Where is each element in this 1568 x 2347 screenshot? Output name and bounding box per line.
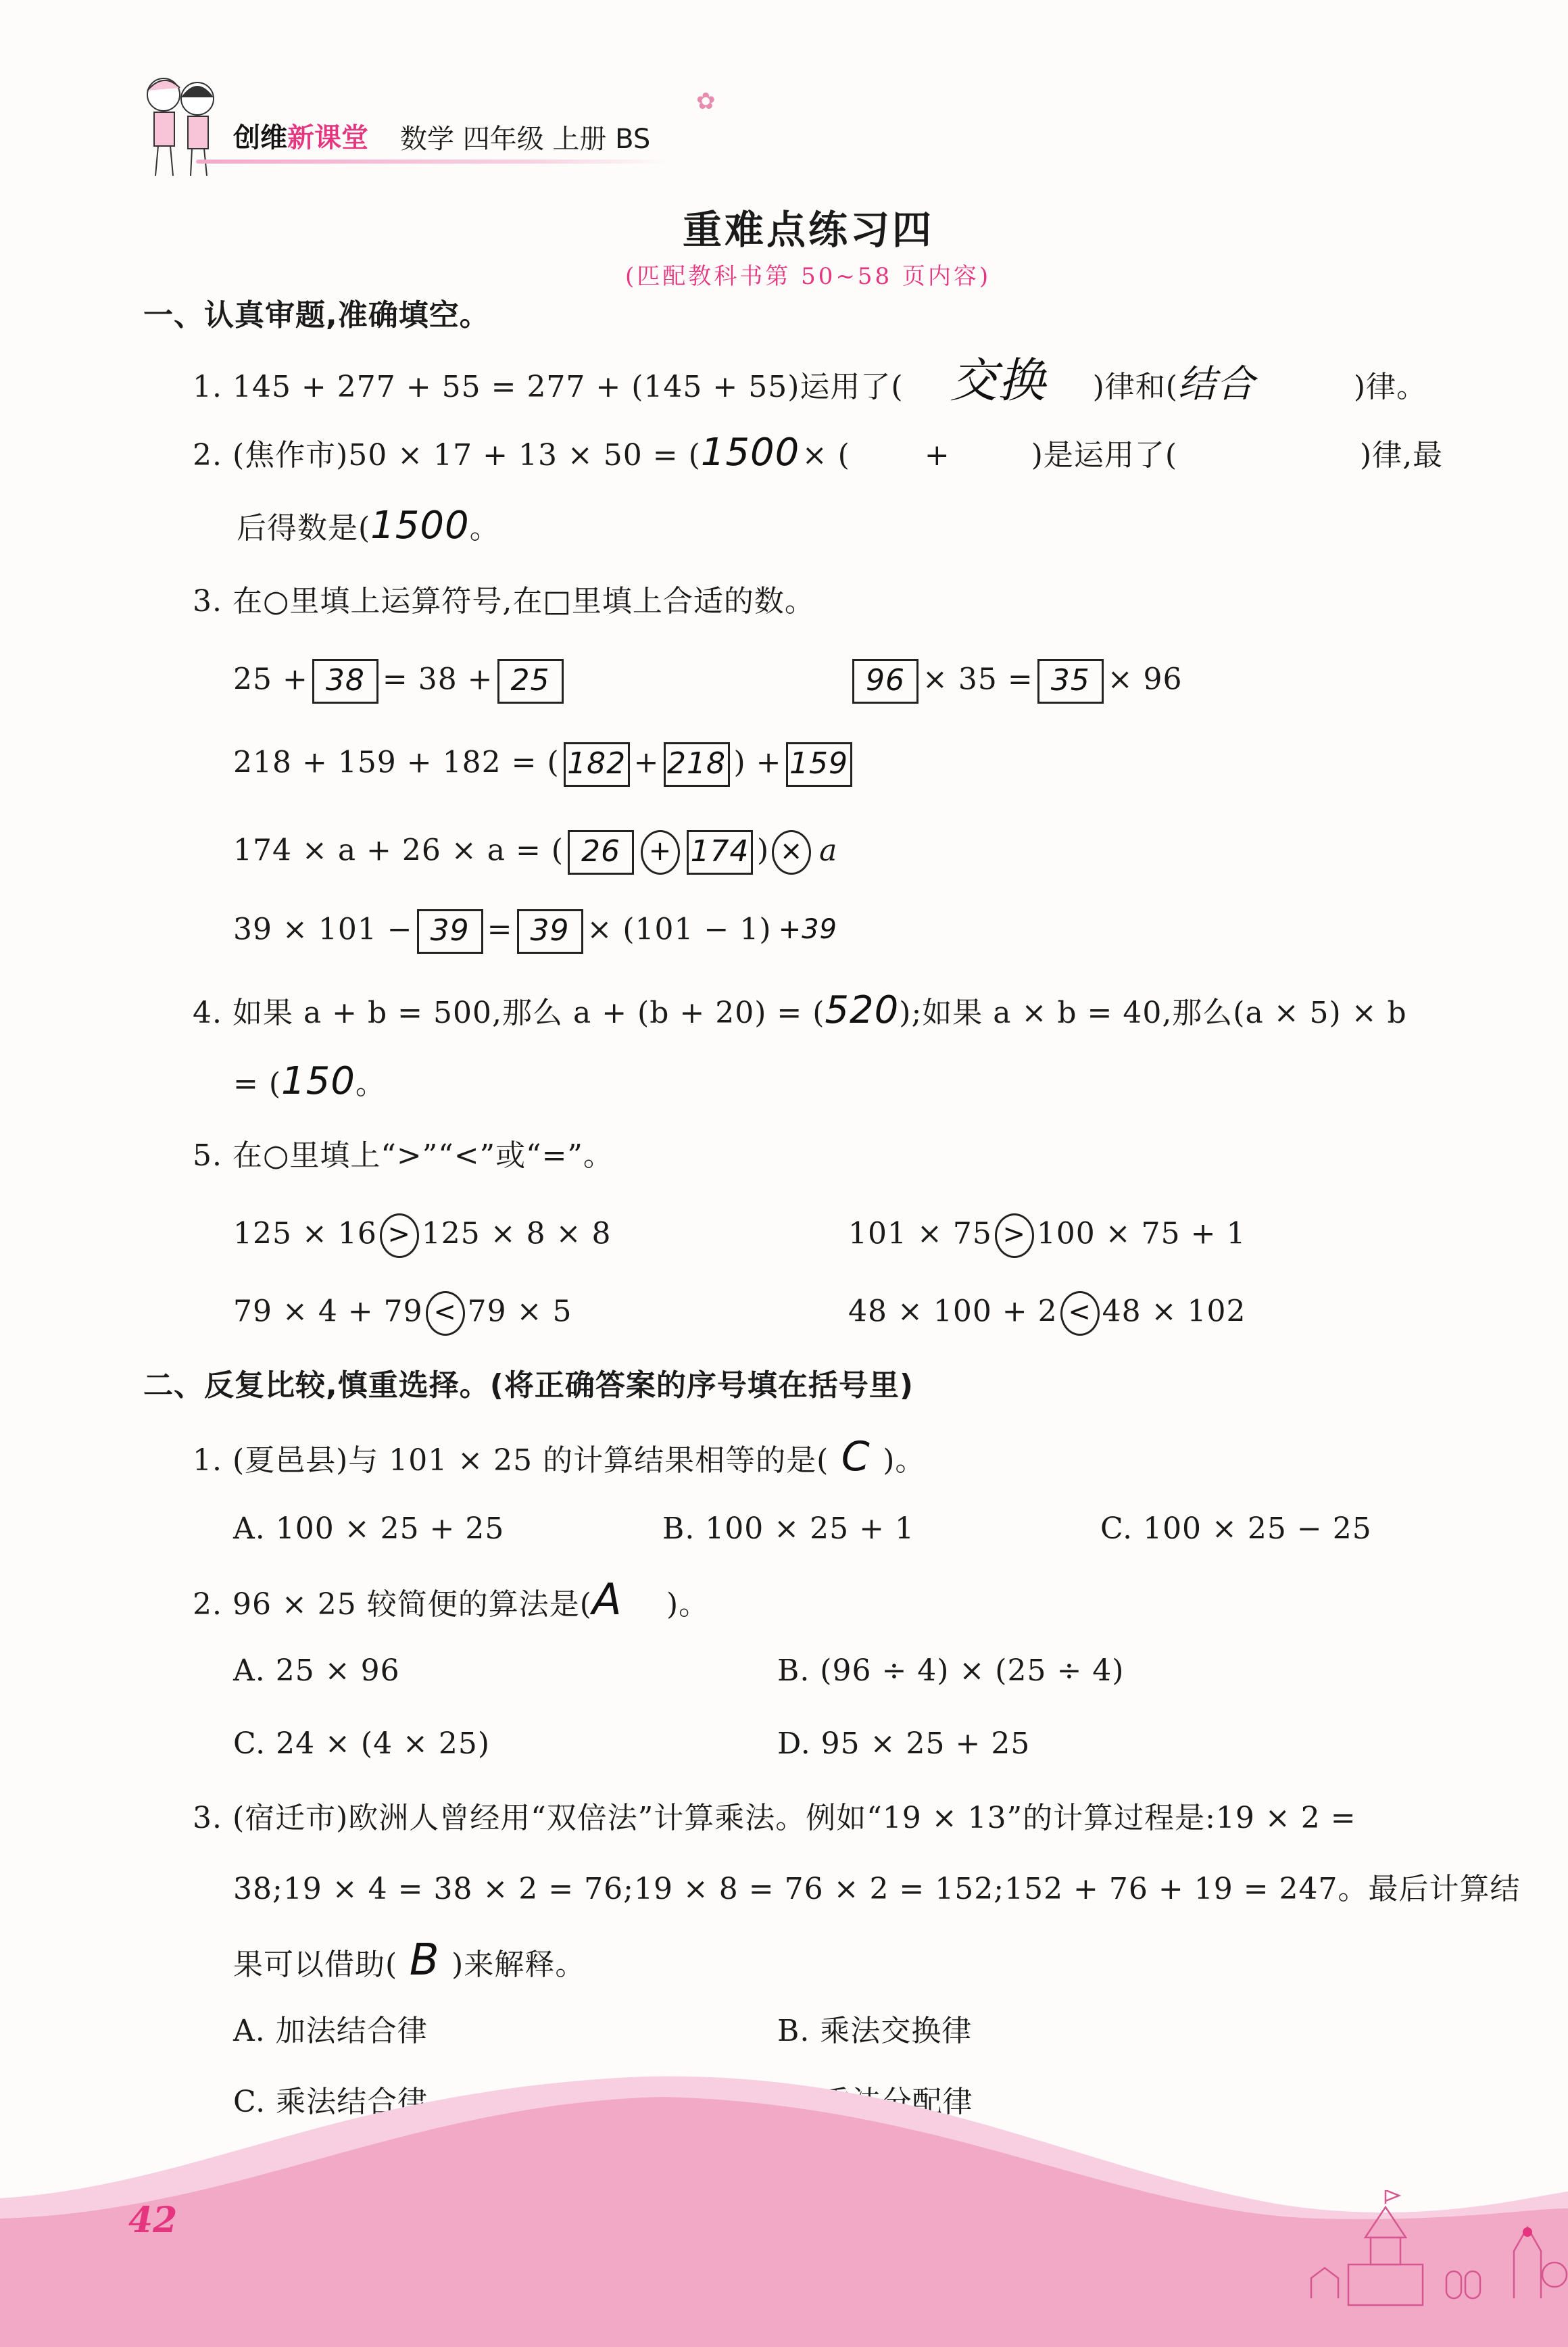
s2-q2-option-b: B. (96 ÷ 4) × (25 ÷ 4) [777,1651,1124,1691]
q5-item-2: 101 × 75>100 × 75 + 1 [848,1213,1246,1258]
section2-heading: 二、反复比较,慎重选择。(将正确答案的序号填在括号里) [143,1365,914,1406]
q4-answer-2[interactable]: 150 [281,1059,356,1103]
q2-answer-1[interactable]: 1500 [701,433,802,473]
s2-q2-option-d: D. 95 × 25 + 25 [777,1724,1030,1764]
q5-item3-circle[interactable]: < [426,1291,465,1336]
q3-r1r-box1[interactable]: 96 [852,659,918,704]
q3-r2-plus: + [634,746,660,780]
q3-r4-text-a: 39 × 101 − [233,913,413,947]
q3-r3-circle1[interactable]: + [641,830,680,875]
header-underline [196,160,669,164]
section1-heading: 一、认真审题,准确填空。 [143,295,490,336]
q3-r2-box1[interactable]: 182 [564,742,630,787]
s2-q3-line2: 38;19 × 4 = 38 × 2 = 76;19 × 8 = 76 × 2 … [233,1869,1521,1910]
q2-text-b: × ( [802,438,850,473]
q2: 2. (焦作市)50 × 17 + 13 × 50 = (1500× (+)是运… [193,433,1443,476]
s2-q1-answer[interactable]: C [829,1436,883,1477]
q3-r2-text-b: ) + [734,746,782,780]
q2-answer-2[interactable]: 1500 [370,504,470,548]
q3-r1l-box2[interactable]: 25 [497,659,564,704]
q3-r2-text-a: 218 + 159 + 182 = ( [233,746,560,780]
q5-item-1: 125 × 16>125 × 8 × 8 [233,1213,611,1258]
q3-r2-box3[interactable]: 159 [786,742,852,787]
q5-item4-left: 48 × 100 + 2 [848,1295,1058,1329]
q4-text-a: 4. 如果 a + b = 500,那么 a + (b + 20) = ( [193,996,825,1030]
brand-part2: 新课堂 [287,122,368,153]
s2-q2-text-a: 2. 96 × 25 较简便的算法是( [193,1587,592,1622]
q3-row3: 174 × a + 26 × a = (26+174)×a [233,830,837,875]
q3-r2-box2[interactable]: 218 [664,742,730,787]
s2-q2-text-b: )。 [666,1587,709,1622]
q5-item4-right: 48 × 102 [1102,1295,1246,1329]
q3-r3-text-b: ) [757,833,769,868]
flower-decoration-icon: ✿ [696,88,716,115]
s2-q1-option-a: A. 100 × 25 + 25 [233,1509,504,1549]
header-subtitle: 数学 四年级 上册 BS [400,120,650,158]
s2-q2-answer[interactable]: A [592,1580,666,1620]
q5-item2-circle[interactable]: > [995,1213,1034,1258]
q5-item-4: 48 × 100 + 2<48 × 102 [848,1291,1246,1336]
q5-item1-circle[interactable]: > [380,1213,419,1258]
page-title: 重难点练习四 [683,206,934,253]
q3-r1l-text-a: 25 + [233,662,308,697]
kids-illustration-icon [135,68,237,183]
q2-plus: + [925,438,950,473]
q2-line2-a: 后得数是( [237,511,370,546]
q3-prompt: 3. 在○里填上运算符号,在□里填上合适的数。 [193,581,815,622]
q3-r4-handwritten-note: +39 [779,914,837,945]
q2-line2-b: 。 [470,511,500,546]
s2-q3-option-b: B. 乘法交换律 [777,2011,972,2052]
s2-q1-text-b: )。 [883,1443,925,1478]
q3-r3-box1[interactable]: 26 [568,830,634,875]
q5-item3-left: 79 × 4 + 79 [233,1295,423,1329]
s2-q2-option-c: C. 24 × (4 × 25) [233,1724,490,1764]
s2-q1: 1. (夏邑县)与 101 × 25 的计算结果相等的是(C)。 [193,1436,925,1481]
q3-r4-text-c: × (101 − 1) [587,913,772,947]
q3-r1l-box1[interactable]: 38 [312,659,378,704]
q3-r3-text-c: a [819,833,837,868]
town-illustration-icon [1284,2190,1568,2312]
q3-r4-text-b: = [487,913,513,947]
q2-text-c: )是运用了( [1031,438,1177,473]
q5-item2-left: 101 × 75 [848,1217,992,1251]
s2-q3-option-a: A. 加法结合律 [233,2011,428,2052]
q1-answer-2[interactable]: 结合 [1178,364,1354,405]
q4-line2: = (150。 [233,1061,386,1105]
q5-item3-right: 79 × 5 [468,1295,572,1329]
s2-q1-option-b: B. 100 × 25 + 1 [662,1509,914,1549]
q2-text-a: 2. (焦作市)50 × 17 + 13 × 50 = ( [193,438,701,473]
q4-text-b: );如果 a × b = 40,那么(a × 5) × b [899,996,1406,1030]
q5-item-3: 79 × 4 + 79<79 × 5 [233,1291,572,1336]
q2-line2: 后得数是(1500。 [237,506,500,549]
s2-q3-line3-b: )来解释。 [451,1947,585,1982]
brand-part1: 创维 [233,122,287,153]
s2-q1-option-c: C. 100 × 25 − 25 [1100,1509,1372,1549]
q3-r4-box2[interactable]: 39 [517,909,583,954]
page-number: 42 [128,2200,177,2241]
q4-line2-b: 。 [356,1067,386,1101]
s2-q3-line1: 3. (宿迁市)欧洲人曾经用“双倍法”计算乘法。例如“19 × 13”的计算过程… [193,1798,1356,1839]
s2-q3-line3: 果可以借助(B)来解释。 [233,1940,585,1985]
s2-q2-option-a: A. 25 × 96 [233,1651,400,1691]
s2-q3-line3-a: 果可以借助( [233,1947,397,1982]
q3-r3-circle2[interactable]: × [772,830,811,875]
q5-prompt: 5. 在○里填上“>”“<”或“=”。 [193,1136,614,1176]
q3-r3-text-a: 174 × a + 26 × a = ( [233,833,564,868]
q5-item1-left: 125 × 16 [233,1217,377,1251]
q5-item4-circle[interactable]: < [1060,1291,1100,1336]
q3-r1l-text-b: = 38 + [383,662,493,697]
q1-text-b: )律和( [1093,370,1178,404]
q3-r3-box2[interactable]: 174 [687,830,753,875]
q3-row4: 39 × 101 −39=39× (101 − 1)+39 [233,909,837,954]
q2-text-d: )律,最 [1360,438,1443,473]
q3-row1-left: 25 +38= 38 +25 [233,659,568,704]
s2-q2: 2. 96 × 25 较简便的算法是(A)。 [193,1580,709,1625]
q5-item1-right: 125 × 8 × 8 [422,1217,612,1251]
q1-text-a: 1. 145 + 277 + 55 = 277 + (145 + 55)运用了( [193,370,904,404]
q4-answer-1[interactable]: 520 [825,988,899,1032]
q3-r4-box1[interactable]: 39 [417,909,483,954]
q3-r1r-text-a: × 35 = [923,662,1033,697]
header-brand: 创维新课堂 [233,119,368,157]
q1-answer-1[interactable]: 交换 [904,360,1093,401]
q3-r1r-box2[interactable]: 35 [1037,659,1104,704]
page-subtitle: (匹配教科书第 50~58 页内容) [625,260,991,293]
q3-row1-right: 96× 35 =35× 96 [848,659,1183,704]
q4: 4. 如果 a + b = 500,那么 a + (b + 20) = (520… [193,990,1407,1034]
q3-r1r-text-b: × 96 [1108,662,1183,697]
q5-item2-right: 100 × 75 + 1 [1037,1217,1246,1251]
q1: 1. 145 + 277 + 55 = 277 + (145 + 55)运用了(… [193,360,1427,408]
q4-line2-a: = ( [233,1067,281,1101]
q3-row2: 218 + 159 + 182 = (182+218) +159 [233,742,856,787]
s2-q1-text-a: 1. (夏邑县)与 101 × 25 的计算结果相等的是( [193,1443,829,1478]
q1-text-c: )律。 [1354,370,1427,404]
s2-q3-answer[interactable]: B [397,1940,451,1981]
